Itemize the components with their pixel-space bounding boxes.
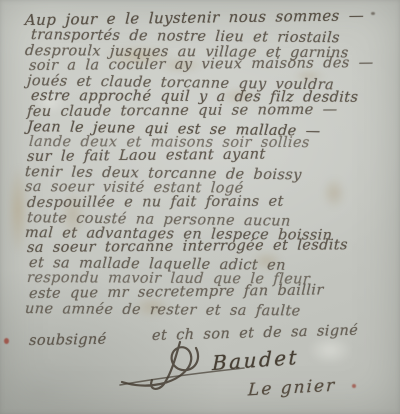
manuscript-line: une amnée de rester et sa faulte xyxy=(25,302,302,318)
manuscript-line: despouillée e nu fait forains et xyxy=(27,195,284,210)
signature-name: Baudet xyxy=(212,345,299,375)
ink-speck xyxy=(4,338,9,344)
ink-speck xyxy=(371,12,375,15)
manuscript-line: feu claude torcanne qui se nomme — xyxy=(27,103,338,119)
manuscript-line: sur le fait Laou estant ayant xyxy=(27,147,266,164)
signature-secondary: Le gnier xyxy=(248,376,337,401)
ink-speck xyxy=(352,384,356,388)
manuscript-line: soubsigné xyxy=(29,333,107,348)
manuscript-line: sa soeur torcanne interrogée et lesdits xyxy=(27,238,349,255)
manuscript-line: et ch son et de sa signé xyxy=(152,324,359,343)
manuscript-line: soir a la coculer ay vieux maisons des — xyxy=(29,56,374,73)
manuscript-line: Aup jour e le luystenir nous sommes — xyxy=(25,8,365,27)
paper-stain xyxy=(318,172,350,214)
manuscript-line: este que mr secretempre fan baillir xyxy=(29,283,324,301)
manuscript-page: Aup jour e le luystenir nous sommes — tr… xyxy=(0,0,400,414)
